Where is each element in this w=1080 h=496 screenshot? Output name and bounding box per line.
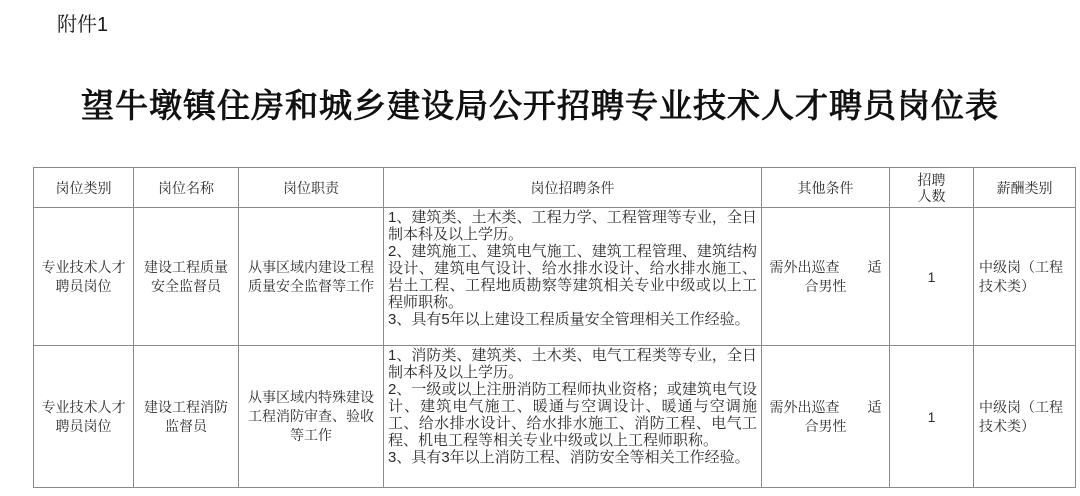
cell-salary-category: 中级岗（工程技术类） bbox=[974, 208, 1076, 346]
cell-other-conditions: 需外出巡查 适 合男性 bbox=[762, 208, 890, 346]
cell-job-duty: 从事区域内建设工程质量安全监督等工作 bbox=[239, 208, 384, 346]
requirement-item: 1、建筑类、土木类、工程力学、工程管理等专业，全日制本科及以上学历。 bbox=[388, 209, 757, 243]
cell-job-name: 建设工程消防监督员 bbox=[134, 346, 239, 488]
cell-job-category: 专业技术人才聘员岗位 bbox=[34, 208, 134, 346]
job-positions-table: 岗位类别 岗位名称 岗位职责 岗位招聘条件 其他条件 招聘 人数 薪酬类别 专业… bbox=[33, 167, 1076, 488]
table-row: 专业技术人才聘员岗位 建设工程消防监督员 从事区域内特殊建设工程消防审查、验收等… bbox=[34, 346, 1076, 488]
cell-job-requirements: 1、消防类、建筑类、土木类、电气工程类等专业，全日制本科及以上学历。 2、一级或… bbox=[384, 346, 762, 488]
header-job-requirements: 岗位招聘条件 bbox=[384, 168, 762, 208]
cell-job-category: 专业技术人才聘员岗位 bbox=[34, 346, 134, 488]
table-row: 专业技术人才聘员岗位 建设工程质量安全监督员 从事区域内建设工程质量安全监督等工… bbox=[34, 208, 1076, 346]
cell-job-name: 建设工程质量安全监督员 bbox=[134, 208, 239, 346]
header-other-conditions: 其他条件 bbox=[762, 168, 890, 208]
header-job-duty: 岗位职责 bbox=[239, 168, 384, 208]
requirement-item: 3、具有5年以上建设工程质量安全管理相关工作经验。 bbox=[388, 311, 757, 328]
requirement-item: 2、建筑施工、建筑电气施工、建筑工程管理、建筑结构设计、建筑电气设计、给水排水设… bbox=[388, 243, 757, 311]
requirement-item: 2、一级或以上注册消防工程师执业资格；或建筑电气设计、建筑电气施工、暖通与空调设… bbox=[388, 381, 757, 449]
cell-job-requirements: 1、建筑类、土木类、工程力学、工程管理等专业，全日制本科及以上学历。 2、建筑施… bbox=[384, 208, 762, 346]
header-salary-category: 薪酬类别 bbox=[974, 168, 1076, 208]
requirement-item: 1、消防类、建筑类、土木类、电气工程类等专业，全日制本科及以上学历。 bbox=[388, 347, 757, 381]
header-job-category: 岗位类别 bbox=[34, 168, 134, 208]
cell-headcount: 1 bbox=[890, 208, 974, 346]
header-headcount: 招聘 人数 bbox=[890, 168, 974, 208]
cell-headcount: 1 bbox=[890, 346, 974, 488]
attachment-label: 附件1 bbox=[57, 8, 108, 37]
cell-job-duty: 从事区域内特殊建设工程消防审查、验收等工作 bbox=[239, 346, 384, 488]
cell-other-conditions: 需外出巡查 适 合男性 bbox=[762, 346, 890, 488]
requirement-item: 3、具有3年以上消防工程、消防安全等相关工作经验。 bbox=[388, 449, 757, 466]
cell-salary-category: 中级岗（工程技术类） bbox=[974, 346, 1076, 488]
page-title: 望牛墩镇住房和城乡建设局公开招聘专业技术人才聘员岗位表 bbox=[0, 80, 1080, 127]
header-job-name: 岗位名称 bbox=[134, 168, 239, 208]
document-page: 附件1 望牛墩镇住房和城乡建设局公开招聘专业技术人才聘员岗位表 岗位类别 岗位名… bbox=[0, 0, 1080, 496]
table-header-row: 岗位类别 岗位名称 岗位职责 岗位招聘条件 其他条件 招聘 人数 薪酬类别 bbox=[34, 168, 1076, 208]
